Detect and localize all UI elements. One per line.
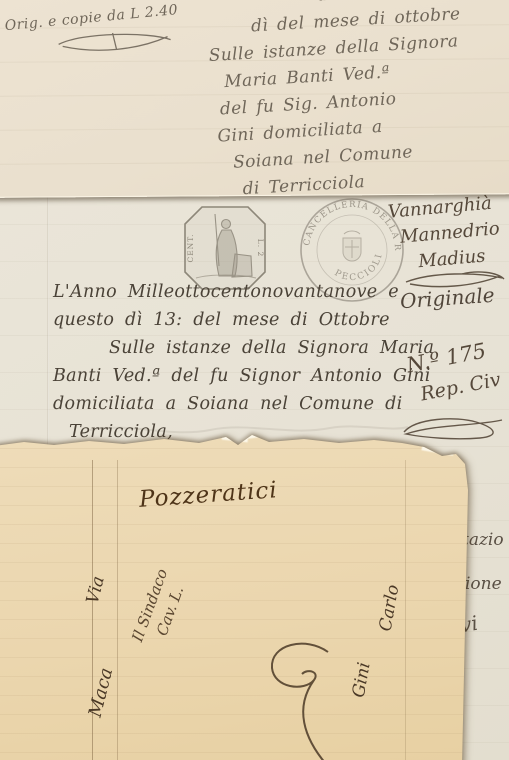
paper-crease xyxy=(47,188,49,448)
handwritten-line: domiciliata a Soiana nel Comune di xyxy=(53,390,413,418)
stamp-coat-of-arms-icon xyxy=(343,231,361,261)
handwritten-line: Sulle istanze della Signora Maria xyxy=(53,334,413,362)
stamp-left-text: CENT. xyxy=(186,233,195,262)
torn-fiber xyxy=(421,441,454,455)
rotated-name: Gini xyxy=(349,661,375,699)
body-text: L'Anno Milleottocentonovantanove e quest… xyxy=(53,278,413,446)
rotated-note: Maca xyxy=(85,666,117,720)
margin-line xyxy=(405,460,406,760)
handwritten-line: L'Anno Milleottocentonovantanove e xyxy=(53,278,413,306)
document-photo: CENT. L. 2 CANCELLERIA DELLA R. PRETURA … xyxy=(0,0,509,760)
paper-sheet-bottom-surface: Pozzeratici Via Maca Il Sindaco Cav. L. … xyxy=(0,430,474,760)
reference-label: Rep. Civ xyxy=(419,368,503,405)
pencil-text-column: anno 1899 e questo dì del mese di ottobr… xyxy=(197,0,509,205)
margin-notes: Vannarghià Mannedrio Madius xyxy=(387,188,509,277)
page-heading: Pozzeratici xyxy=(138,477,278,513)
flourish-initial xyxy=(256,638,351,760)
originale-label: Originale xyxy=(399,283,495,314)
rotated-name: Carlo xyxy=(376,583,404,633)
signature-block: Il Sindaco Cav. L. xyxy=(127,566,193,652)
torn-fiber xyxy=(222,433,249,443)
paper-sheet-top: Orig. e copie da L 2.40 anno 1899 e ques… xyxy=(0,0,509,198)
margin-line xyxy=(117,460,118,760)
torn-fiber xyxy=(246,431,261,439)
handwritten-line: questo dì 13: del mese di Ottobre xyxy=(53,306,413,334)
stamp-right-text: L. 2 xyxy=(256,239,265,258)
pen-flourish xyxy=(53,30,178,55)
paper-sheet-bottom: Pozzeratici Via Maca Il Sindaco Cav. L. … xyxy=(0,430,474,760)
handwritten-line: Banti Ved.ª del fu Signor Antonio Gini xyxy=(53,362,413,390)
rotated-note: Via xyxy=(83,574,109,606)
